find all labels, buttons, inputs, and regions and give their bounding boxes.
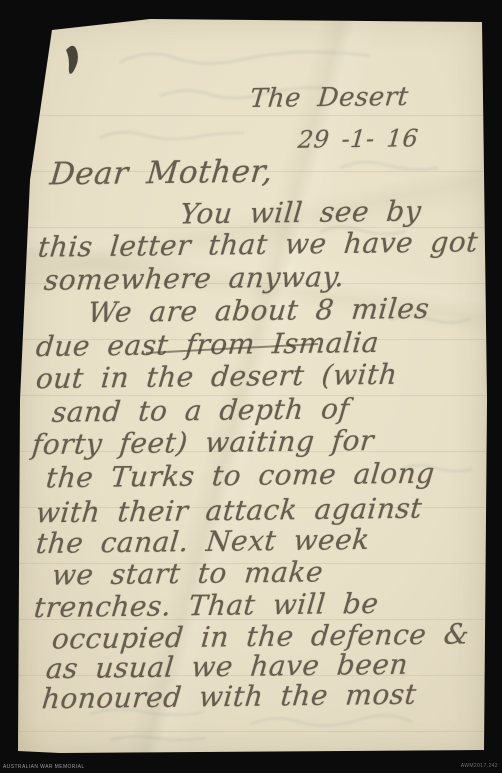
letter-line: sand to a depth of bbox=[51, 394, 351, 428]
archive-id-label: AWM2017.242 bbox=[461, 764, 498, 769]
letter-line: the Turks to come along bbox=[45, 459, 436, 495]
letter-line: out in the desert (with bbox=[35, 360, 399, 395]
letter-line: honoured with the most bbox=[41, 680, 418, 715]
letter-place: The Desert bbox=[249, 83, 410, 114]
letter-line: this letter that we have got bbox=[37, 227, 480, 263]
letter-page: The Desert 29 -1- 16 Dear Mother, You wi… bbox=[0, 0, 502, 773]
letter-date: 29 -1- 16 bbox=[297, 125, 420, 153]
archive-scan-view: The Desert 29 -1- 16 Dear Mother, You wi… bbox=[0, 0, 502, 773]
letter-line: somewhere anyway. bbox=[43, 262, 346, 297]
archive-watermark: AUSTRALIAN WAR MEMORIAL bbox=[3, 765, 85, 770]
letter-line: We are about 8 miles bbox=[87, 294, 431, 329]
letter-line: You will see by bbox=[179, 197, 423, 231]
letter-line: we start to make bbox=[51, 557, 325, 591]
letter-line: forty feet) waiting for bbox=[31, 426, 376, 461]
letter-salutation: Dear Mother, bbox=[48, 155, 274, 192]
